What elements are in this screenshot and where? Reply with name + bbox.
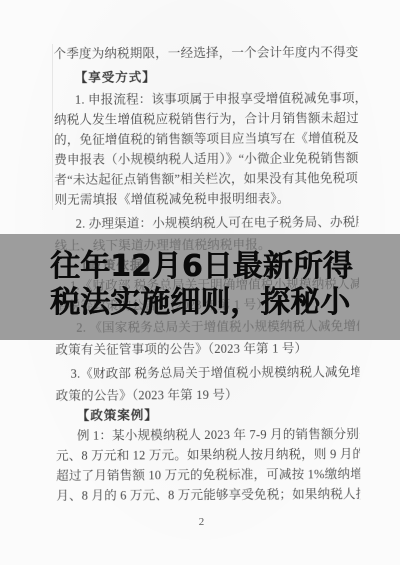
- doc-line: 纳税人发生增值税应税销售行为，合计月销售额未超过 10 万元: [54, 111, 358, 127]
- doc-line: 的，免征增值税的销售额等项目应当填写在《增值税及附加税: [54, 131, 358, 147]
- doc-line: 政策有关征管事项的公告》（2023 年第 1 号）: [55, 341, 359, 357]
- doc-line: 个季度为纳税期限，一经选择，一个会计年度内不得变更。: [54, 45, 358, 61]
- doc-line: 2. 办理渠道：小规模纳税人可在电子税务局、办税服务厅等: [76, 215, 359, 231]
- doc-line: 政策的公告》（2023 年第 19 号）: [56, 387, 360, 403]
- doc-line: 者“未达起征点销售额”相关栏次，如果没有其他免税项目，: [54, 171, 358, 187]
- doc-line: 超过了月销售额 10 万元的免税标准，可减按 1%缴纳增值税，7: [56, 467, 360, 483]
- doc-line: 月、8 月的 6 万元、8 万元能够享受免税；如果纳税人按季纳税，: [56, 487, 360, 503]
- headline-overlay-line2: 税法实施细则，探秘小: [50, 286, 358, 320]
- section-heading: 【享受方式】: [75, 69, 358, 85]
- doc-line: 2. 《国家税务总局关于增值税小规模纳税人减免增值税等: [76, 319, 359, 335]
- doc-line: 则无需填报《增值税减免税申报明细表》。: [54, 191, 358, 207]
- doc-line: 3.《财政部 税务总局关于增值税小规模纳税人减免增值税: [71, 365, 360, 381]
- doc-line: 1. 申报流程：该事项属于申报享受增值税减免事项，小规模: [75, 91, 358, 107]
- doc-line: 费申报表（小规模纳税人适用）》“小微企业免税销售额”或: [54, 151, 358, 167]
- section-heading: 【政策案例】: [77, 407, 360, 423]
- document-photo: 个季度为纳税期限，一经选择，一个会计年度内不得变更。 【享受方式】 1. 申报流…: [0, 0, 400, 565]
- page-number: 2: [1, 515, 400, 529]
- headline-overlay-line1: 往年12月6日最新所得: [50, 250, 358, 284]
- doc-line: 例 1：某小规模纳税人 2023 年 7-9 月的销售额分别是 6 万: [77, 427, 360, 443]
- doc-line: 元、8 万元和 12 万元。如果纳税人按月纳税，则 9 月的销售额: [56, 447, 360, 463]
